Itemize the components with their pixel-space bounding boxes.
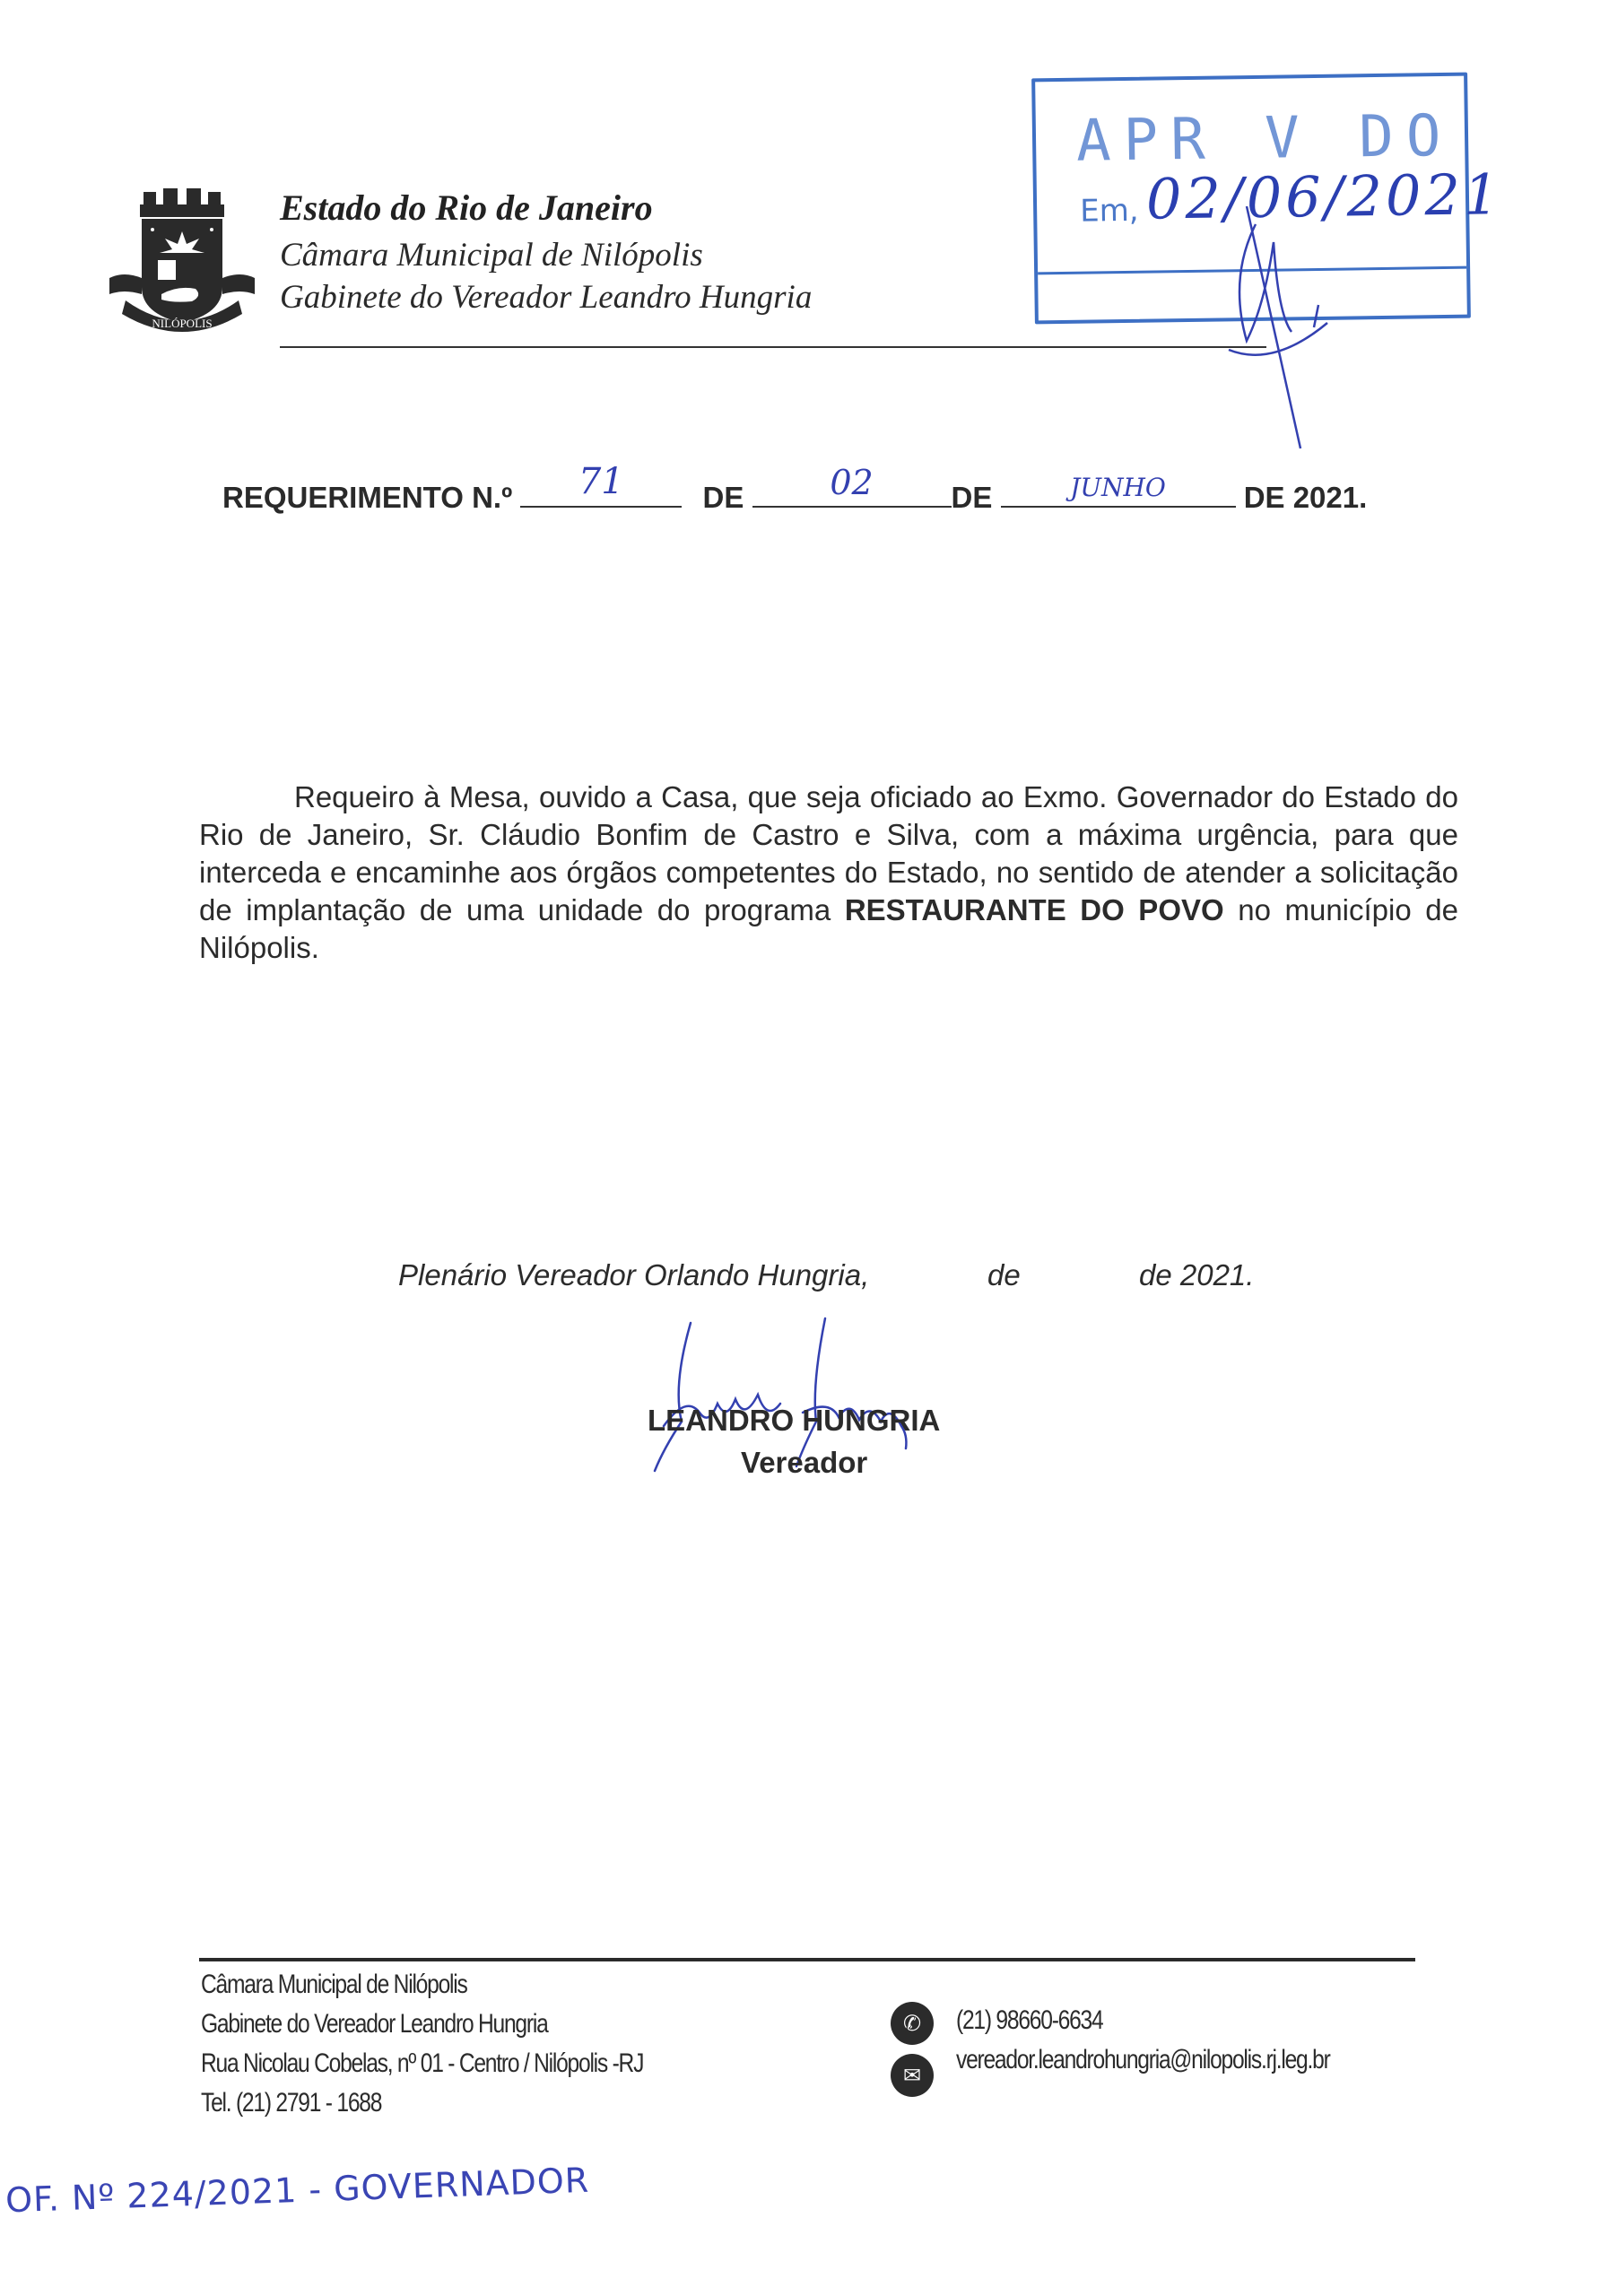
footer-office: Gabinete do Vereador Leandro Hungria [201,2009,548,2039]
header-divider [280,346,1266,348]
whatsapp-icon: ✆ [891,2002,934,2045]
request-body-paragraph: Requeiro à Mesa, ouvido a Casa, que seja… [199,778,1458,967]
requerimento-month-field: JUNHO [1001,475,1236,508]
stamp-em-label: Em, [1080,193,1139,230]
closing-year: de 2021. [1139,1258,1254,1292]
requerimento-line: REQUERIMENTO N.º 71 DE 02DE JUNHO DE 202… [222,475,1367,515]
requerimento-month: JUNHO [1001,473,1236,502]
program-name: RESTAURANTE DO POVO [845,893,1224,926]
closing-place: Plenário Vereador Orlando Hungria, [398,1258,869,1291]
footer-whatsapp: (21) 98660-6634 [956,2005,1102,2036]
handwritten-office-note: OF. Nº 224/2021 - GOVERNADOR [4,2161,589,2221]
requerimento-day-field: 02 [752,475,952,508]
footer-email: vereador.leandrohungria@nilopolis.rj.leg… [956,2045,1330,2075]
footer-address: Rua Nicolau Cobelas, nº 01 - Centro / Ni… [201,2048,643,2079]
footer-divider [199,1958,1415,1961]
footer-chamber: Câmara Municipal de Nilópolis [201,1970,467,2000]
signer-role: Vereador [741,1446,867,1480]
footer-phone: Tel. (21) 2791 - 1688 [201,2088,381,2118]
requerimento-de-label-2: DE [952,481,993,514]
header-subtitle-office: Gabinete do Vereador Leandro Hungria [280,278,812,317]
requerimento-de-label: DE [702,481,744,514]
closing-line: Plenário Vereador Orlando Hungria, de de… [398,1258,869,1292]
svg-text:NILÓPOLIS: NILÓPOLIS [152,317,212,330]
municipal-crest-logo: NILÓPOLIS [106,188,258,336]
requerimento-number: 71 [520,461,682,502]
closing-de: de [987,1258,1021,1292]
requerimento-suffix: DE 2021. [1244,481,1368,514]
requerimento-day: 02 [752,463,952,502]
requerimento-prefix: REQUERIMENTO N.º [222,481,512,514]
header-title: Estado do Rio de Janeiro [280,187,653,229]
header-subtitle-chamber: Câmara Municipal de Nilópolis [280,236,703,274]
requerimento-number-field: 71 [520,475,682,508]
signer-name: LEANDRO HUNGRIA [648,1404,940,1438]
stamp-signature-icon [1193,206,1354,475]
email-icon: ✉ [891,2054,934,2097]
